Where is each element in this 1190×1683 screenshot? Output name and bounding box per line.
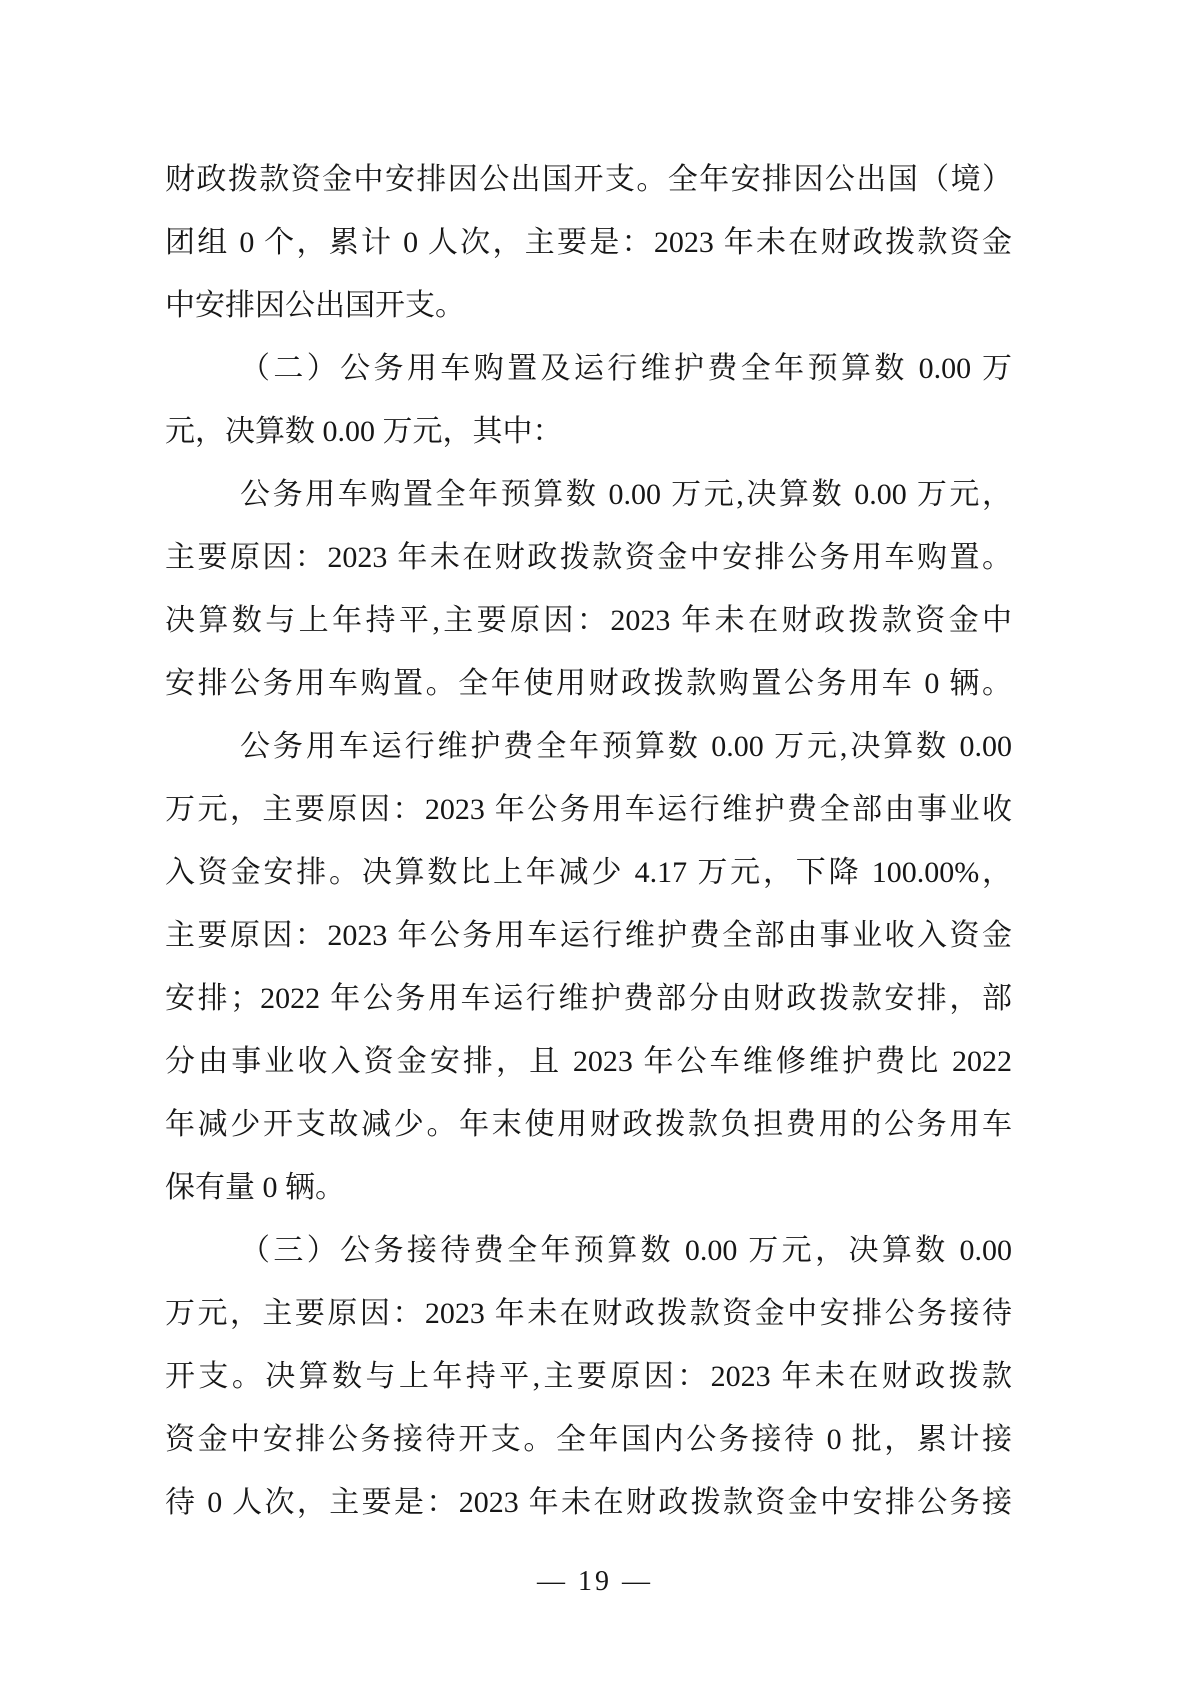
document-body: 财政拨款资金中安排因公出国开支。全年安排因公出国（境） 团组 0 个，累计 0 … [165,148,1012,1534]
text-line: 年减少开支故减少。年末使用财政拨款负担费用的公务用车 [165,1093,1012,1156]
text-line: 开支。决算数与上年持平,主要原因：2023 年未在财政拨款 [165,1345,1012,1408]
text-line: 主要原因：2023 年公务用车运行维护费全部由事业收入资金 [165,904,1012,967]
text-line: 分由事业收入资金安排，且 2023 年公车维修维护费比 2022 [165,1030,1012,1093]
text-line: 待 0 人次，主要是：2023 年未在财政拨款资金中安排公务接 [165,1471,1012,1534]
text-line: 团组 0 个，累计 0 人次，主要是：2023 年未在财政拨款资金 [165,211,1012,274]
document-page: 财政拨款资金中安排因公出国开支。全年安排因公出国（境） 团组 0 个，累计 0 … [0,0,1190,1683]
text-line: 公务用车运行维护费全年预算数 0.00 万元,决算数 0.00 [165,715,1012,778]
text-line: 保有量 0 辆。 [165,1156,1012,1219]
page-number: — 19 — [0,1560,1190,1604]
text-line: 资金中安排公务接待开支。全年国内公务接待 0 批，累计接 [165,1408,1012,1471]
text-line: （二）公务用车购置及运行维护费全年预算数 0.00 万 [165,337,1012,400]
text-line: 安排；2022 年公务用车运行维护费部分由财政拨款安排，部 [165,967,1012,1030]
text-line: 万元，主要原因：2023 年未在财政拨款资金中安排公务接待 [165,1282,1012,1345]
text-line: 万元，主要原因：2023 年公务用车运行维护费全部由事业收 [165,778,1012,841]
text-line: 公务用车购置全年预算数 0.00 万元,决算数 0.00 万元， [165,463,1012,526]
text-line: 财政拨款资金中安排因公出国开支。全年安排因公出国（境） [165,148,1012,211]
text-line: 决算数与上年持平,主要原因：2023 年未在财政拨款资金中 [165,589,1012,652]
text-line: 元，决算数 0.00 万元，其中： [165,400,1012,463]
text-line: 安排公务用车购置。全年使用财政拨款购置公务用车 0 辆。 [165,652,1012,715]
text-line: 中安排因公出国开支。 [165,274,1012,337]
text-line: 主要原因：2023 年未在财政拨款资金中安排公务用车购置。 [165,526,1012,589]
text-line: 入资金安排。决算数比上年减少 4.17 万元，下降 100.00%， [165,841,1012,904]
text-line: （三）公务接待费全年预算数 0.00 万元，决算数 0.00 [165,1219,1012,1282]
